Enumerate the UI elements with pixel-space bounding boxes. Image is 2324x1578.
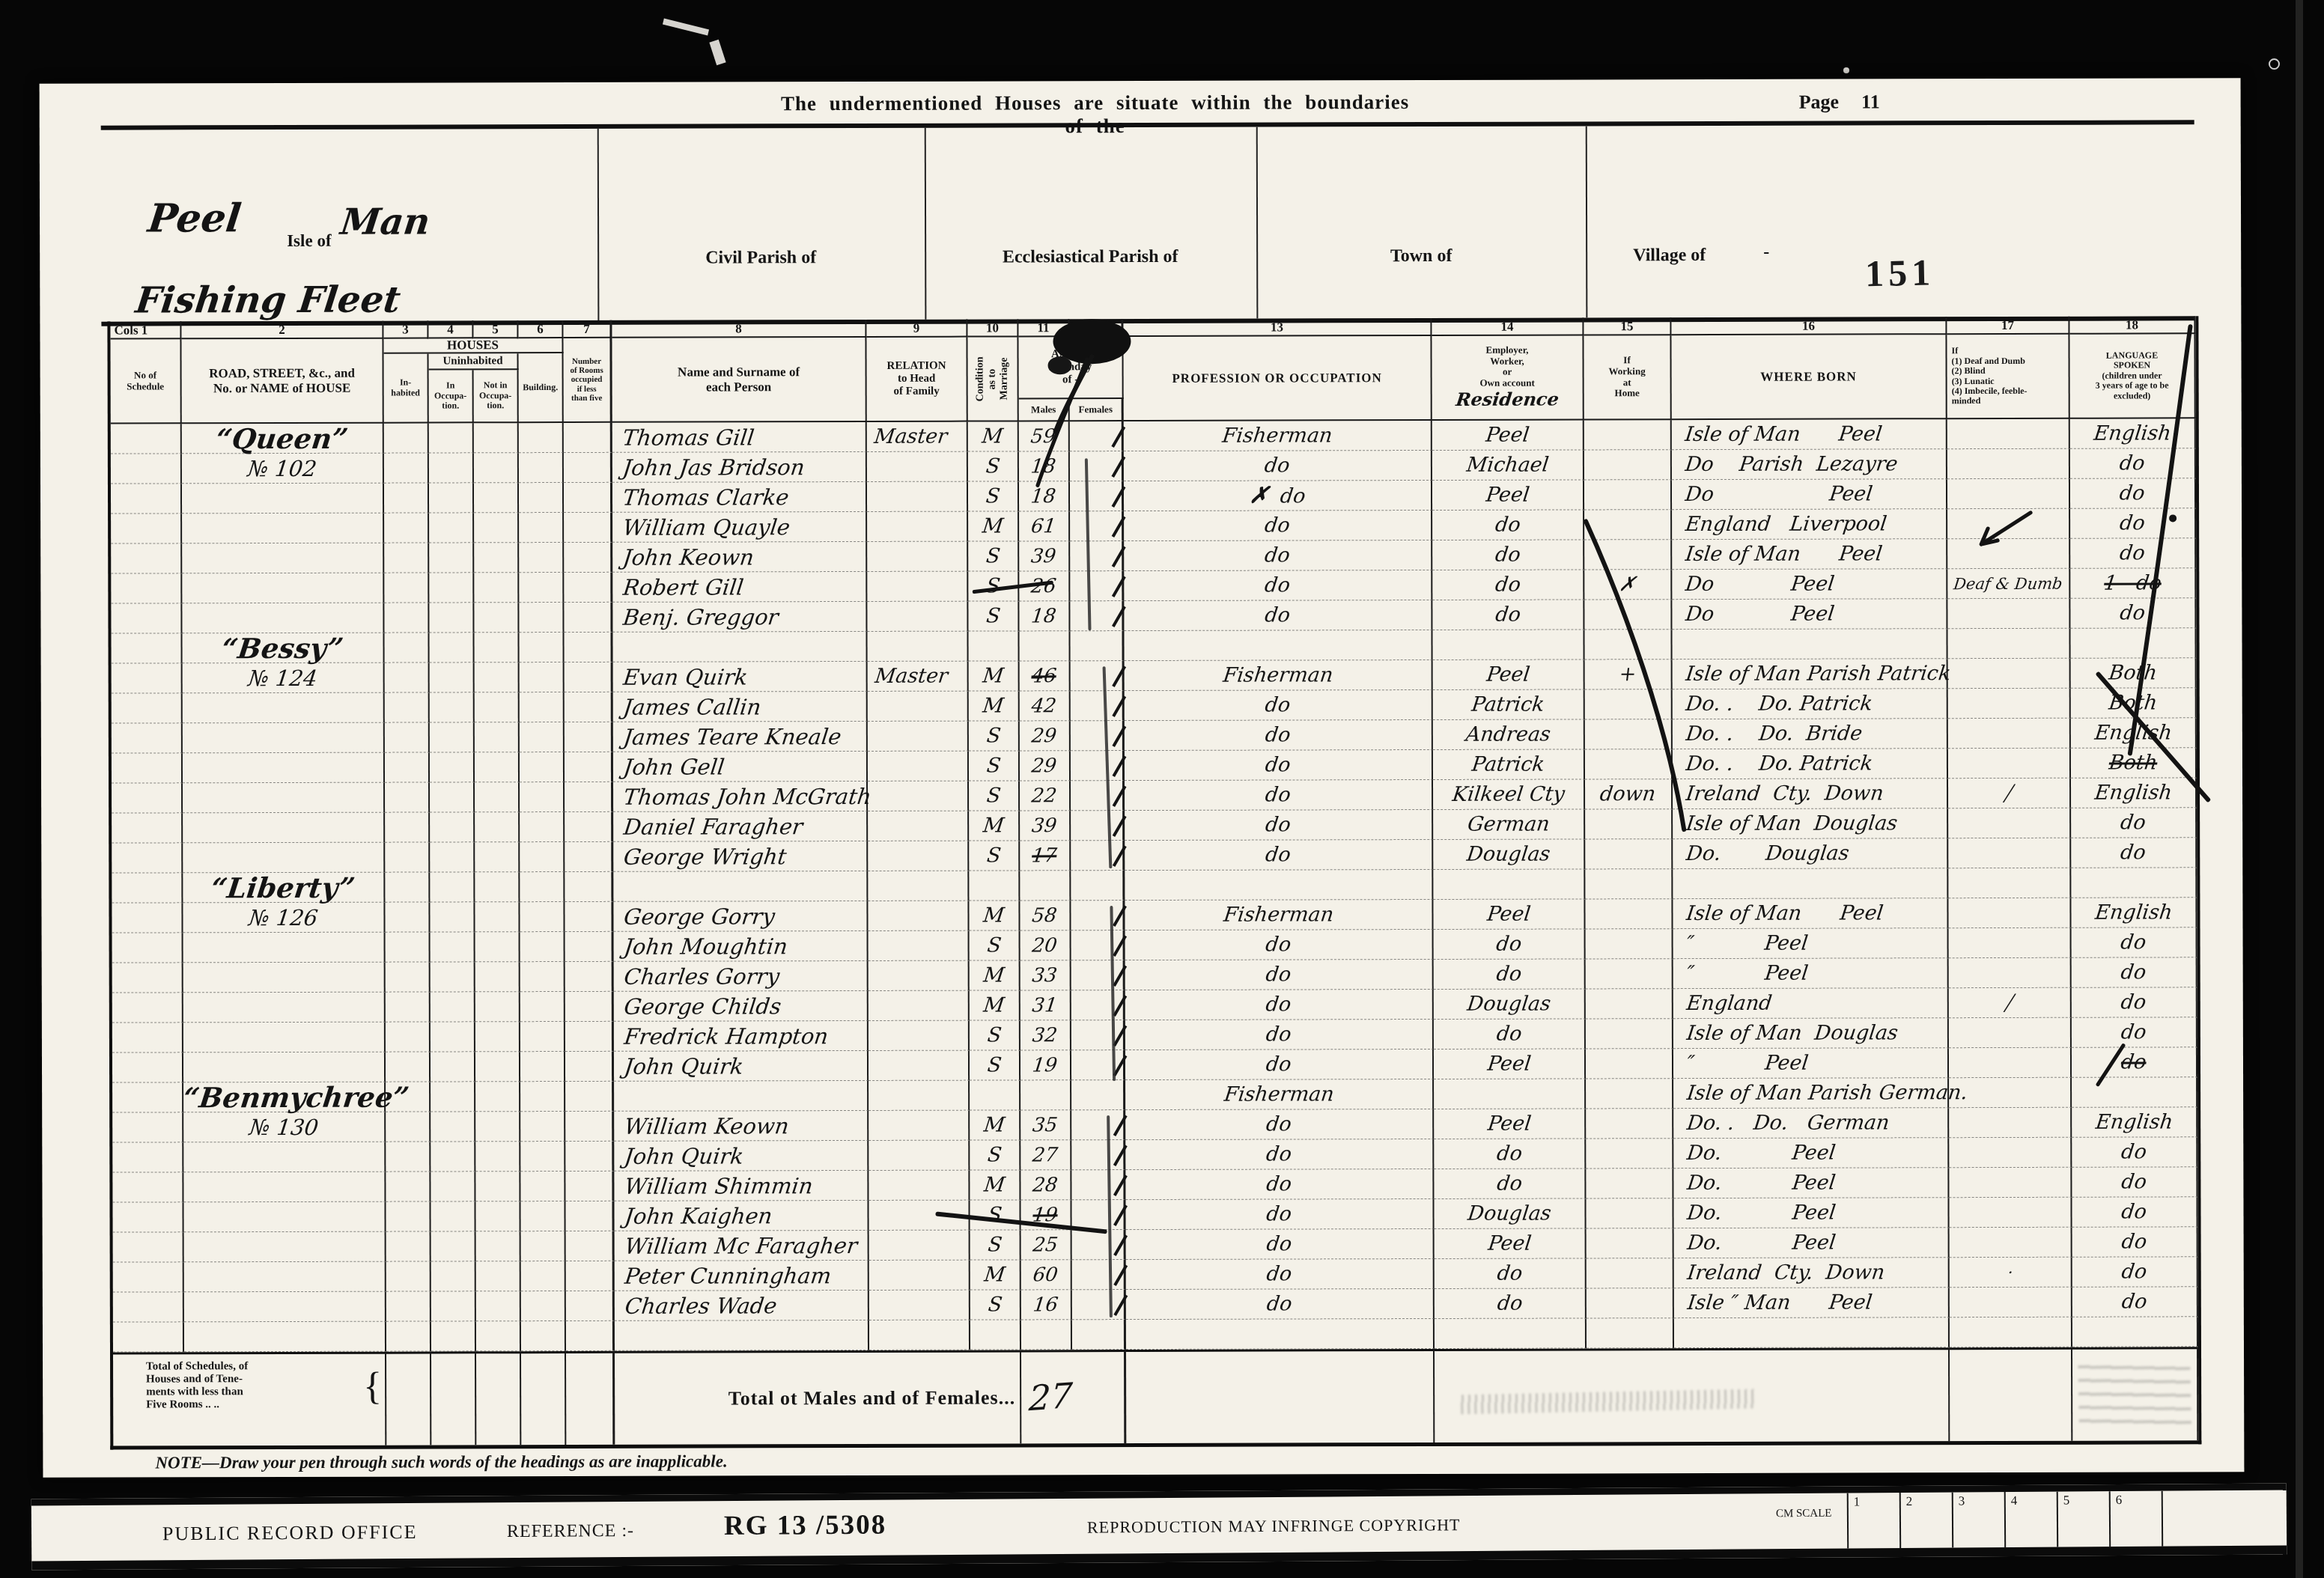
condition-value: M <box>981 511 1005 541</box>
table-cell <box>475 692 520 722</box>
table-cell <box>112 933 183 963</box>
occupation-value: do <box>1263 511 1292 540</box>
table-cell: Douglas <box>1434 1198 1586 1229</box>
table-cell: 29 <box>1020 751 1071 781</box>
age-value: 35 <box>1031 1110 1059 1140</box>
table-cell <box>475 662 520 692</box>
table-cell <box>519 633 564 662</box>
table-cell <box>475 842 520 872</box>
age-value: 32 <box>1031 1020 1059 1050</box>
where-born-value: Isle of Man Douglas <box>1685 808 1899 839</box>
occupation-value: do <box>1265 1050 1293 1079</box>
table-cell <box>1070 511 1124 541</box>
table-cell: Peel <box>1433 899 1585 930</box>
table-cell <box>1947 419 2070 449</box>
table-cell <box>112 963 183 993</box>
table-cell <box>1586 929 1673 959</box>
totals-band: Total of Schedules, of Houses and of Ten… <box>113 1347 2198 1446</box>
table-cell: do <box>2072 1257 2198 1287</box>
table-cell <box>868 752 969 782</box>
condition-value: M <box>982 811 1006 841</box>
table-cell: do <box>1125 1020 1434 1050</box>
table-cell <box>566 1261 615 1291</box>
table-cell <box>112 783 183 813</box>
table-cell <box>1949 928 2072 958</box>
condition-value: M <box>981 661 1005 691</box>
table-cell <box>385 752 430 782</box>
table-cell <box>1020 1080 1071 1110</box>
table-cell: do <box>2072 1287 2198 1317</box>
table-cell: ″ Peel <box>1673 958 1949 989</box>
table-cell: do <box>2070 448 2196 478</box>
col-number: 5 <box>473 320 518 338</box>
table-cell <box>475 902 520 932</box>
occupation-value: do <box>1264 720 1292 750</box>
table-cell: M <box>970 960 1020 990</box>
table-cell: S <box>970 930 1020 960</box>
table-cell: Do. Peel <box>1673 1198 1949 1228</box>
table-cell <box>2072 1317 2198 1347</box>
table-cell: 25 <box>1021 1230 1072 1260</box>
person-name: Benj. Greggor <box>621 602 780 633</box>
table-cell <box>1070 571 1124 601</box>
table-cell <box>614 1081 869 1112</box>
table-cell: № 124 <box>183 663 385 694</box>
table-cell <box>1585 839 1673 869</box>
table-cell <box>429 483 474 513</box>
table-cell: Charles Wade <box>615 1291 869 1321</box>
table-cell <box>183 1202 386 1233</box>
header-road: ROAD, STREET, &c., and No. or NAME of HO… <box>181 339 383 424</box>
employer-value: Kilkeel Cty <box>1450 780 1566 810</box>
condition-value: S <box>985 601 1002 631</box>
header-occupation: PROFESSION OR OCCUPATION <box>1123 336 1432 421</box>
table-cell: 26 <box>1019 571 1070 601</box>
table-cell <box>184 1262 386 1293</box>
table-cell <box>565 692 613 722</box>
condition-value: S <box>984 451 1001 481</box>
table-cell <box>1584 510 1672 540</box>
table-cell <box>431 1172 475 1201</box>
table-cell: English <box>2071 898 2197 927</box>
table-cell: do <box>1435 1258 1587 1289</box>
table-cell <box>475 1022 520 1052</box>
table-cell <box>519 603 564 633</box>
table-cell <box>1071 751 1125 781</box>
where-born-value: Isle of Man Parish Patrick <box>1684 659 1952 689</box>
table-cell <box>1672 629 1947 659</box>
table-cell <box>1433 869 1585 900</box>
table-cell <box>565 722 613 752</box>
table-cell: 39 <box>1019 541 1070 571</box>
where-born-value: Isle of Man Parish German. <box>1685 1078 1970 1109</box>
header-relation: RELATION to Head of Family <box>866 338 967 422</box>
table-cell <box>520 722 565 752</box>
condition-value: M <box>983 1260 1007 1290</box>
table-cell <box>182 603 384 634</box>
table-cell: William Shimmin <box>614 1171 869 1201</box>
totals-value: 27 <box>1019 1350 1074 1444</box>
table-cell: do <box>1434 1139 1586 1169</box>
table-cell: 60 <box>1021 1260 1072 1290</box>
employer-value: do <box>1494 540 1522 570</box>
where-born-value: Do Parish Lezayre <box>1684 449 1899 480</box>
table-cell <box>431 1291 476 1321</box>
table-cell: do <box>1432 570 1584 600</box>
table-cell <box>1950 1228 2072 1258</box>
col-number: 15 <box>1584 317 1671 335</box>
header-females: Females <box>1070 399 1124 421</box>
table-cell <box>869 1201 970 1231</box>
table-cell: 16 <box>1021 1290 1072 1320</box>
employer-value: Andreas <box>1464 720 1552 750</box>
age-value: 33 <box>1031 960 1059 990</box>
header-language: LANGUAGE SPOKEN (children under 3 years … <box>2069 334 2195 418</box>
house-label: № 124 <box>246 663 319 693</box>
language-value: do <box>2118 478 2147 508</box>
table-cell <box>384 483 429 513</box>
table-cell: ″ Peel <box>1673 928 1949 959</box>
table-cell: 58 <box>1020 901 1071 930</box>
table-cell <box>430 722 475 752</box>
table-cell: 46 <box>1020 661 1071 691</box>
col-number: Cols 1 <box>110 321 181 339</box>
table-cell <box>183 693 385 724</box>
table-cell: Both <box>2071 748 2197 778</box>
language-value: do <box>2118 598 2147 628</box>
table-cell <box>386 1112 431 1142</box>
table-cell <box>430 842 475 872</box>
table-cell <box>385 872 430 902</box>
occupation-value: do <box>1263 570 1292 600</box>
table-cell: John Kaighen <box>614 1201 869 1231</box>
table-cell <box>869 1111 970 1141</box>
person-name: John Kaighen <box>623 1201 774 1231</box>
employer-value: Peel <box>1484 421 1530 451</box>
table-cell <box>1948 749 2071 779</box>
person-name: William Keown <box>623 1111 791 1142</box>
table-cell <box>869 991 970 1021</box>
employer-value: do <box>1494 570 1522 600</box>
table-cell: do <box>1434 1169 1586 1199</box>
condition-value: S <box>984 481 1001 511</box>
occupation-value: do <box>1265 1169 1293 1199</box>
table-cell: M <box>970 1110 1020 1140</box>
age-value: 25 <box>1032 1230 1060 1260</box>
table-cell: ╱ <box>1948 779 2071 808</box>
infirmity-value: ╱ <box>2003 988 2016 1018</box>
table-cell <box>183 813 385 844</box>
table-cell: Peel <box>1434 1049 1586 1079</box>
table-cell <box>519 453 564 483</box>
table-cell <box>385 782 430 812</box>
table-cell: do <box>1126 1289 1435 1320</box>
table-cell <box>1071 841 1125 871</box>
occupation-value: do <box>1265 1139 1293 1169</box>
header-uninhabited: Uninhabited <box>429 353 519 370</box>
relation-value: Master <box>872 422 949 452</box>
town-label: Town of <box>1316 246 1526 267</box>
person-name: Peter Cunningham <box>623 1261 833 1291</box>
table-cell: 27 <box>1020 1140 1071 1170</box>
table-cell: do <box>2070 538 2196 568</box>
where-born-value: Do. . Do. Patrick <box>1685 749 1875 779</box>
table-cell: 28 <box>1020 1170 1071 1200</box>
table-cell: Thomas Gill <box>612 422 867 453</box>
table-cell <box>384 633 429 662</box>
table-cell <box>1587 1228 1674 1258</box>
header-rooms: Number of Rooms occupied if less than fi… <box>563 338 612 423</box>
table-cell <box>183 1052 386 1083</box>
table-cell: 61 <box>1019 511 1070 541</box>
table-cell <box>386 1231 431 1261</box>
occupation-value: do <box>1265 1109 1293 1139</box>
table-cell <box>868 722 969 752</box>
employer-value: Peel <box>1485 900 1532 930</box>
table-cell <box>431 1112 475 1142</box>
header-males: Males <box>1019 399 1070 421</box>
table-cell: do <box>2072 1047 2197 1077</box>
table-cell <box>520 872 565 902</box>
language-value: do <box>2120 1167 2148 1197</box>
isle-of-label: Isle of <box>287 231 331 251</box>
table-cell <box>1950 1288 2072 1317</box>
table-cell: S <box>969 751 1020 781</box>
table-cell <box>1071 871 1125 901</box>
col-number <box>1069 319 1123 337</box>
condition-value: S <box>985 751 1002 781</box>
cm-scale-segment <box>2162 1490 2189 1546</box>
table-cell: S <box>968 451 1019 481</box>
col-number: 4 <box>428 320 473 338</box>
table-cell <box>1071 1020 1125 1050</box>
where-born-value: Do. Douglas <box>1685 839 1851 870</box>
table-cell: do <box>1125 840 1433 871</box>
language-value: do <box>2119 808 2147 838</box>
person-name: Thomas Clarke <box>621 482 791 513</box>
table-cell <box>1584 420 1672 450</box>
col-number: 17 <box>1947 317 2069 335</box>
table-cell <box>565 812 613 842</box>
table-cell <box>184 1322 386 1353</box>
table-cell <box>1071 661 1125 691</box>
table-cell <box>111 633 182 663</box>
table-cell: Peel <box>1434 1109 1586 1139</box>
table-cell <box>1949 1198 2072 1228</box>
table-cell <box>1948 898 2071 928</box>
table-cell <box>1673 868 1948 899</box>
occupation-value: do <box>1264 840 1292 870</box>
table-cell: Douglas <box>1433 839 1585 870</box>
table-cell <box>1070 421 1124 451</box>
table-cell <box>520 1142 565 1172</box>
table-cell <box>429 603 474 633</box>
age-value: 27 <box>1031 1140 1059 1170</box>
table-cell <box>869 1231 970 1261</box>
table-cell: 59 <box>1019 421 1070 451</box>
table-cell <box>1124 630 1432 661</box>
table-cell <box>430 782 475 812</box>
person-name: Fredrick Hampton <box>622 1021 830 1052</box>
table-cell <box>184 1232 386 1263</box>
condition-value: M <box>982 901 1006 930</box>
table-cell <box>182 543 384 574</box>
table-cell: do <box>1432 600 1584 630</box>
table-cell: do <box>1434 929 1586 960</box>
totals-males-females-label: Total ot Males and of Females... <box>615 1350 1021 1444</box>
scan-speck <box>709 40 726 65</box>
occupation-value: Fisherman <box>1222 1079 1335 1109</box>
table-cell: do <box>2072 1227 2198 1257</box>
table-cell <box>869 931 970 961</box>
table-cell <box>1071 1110 1125 1140</box>
table-cell <box>431 1201 475 1231</box>
table-cell <box>612 632 867 662</box>
table-cell: Do Peel <box>1672 569 1947 600</box>
working-at-home-value: + <box>1617 659 1637 689</box>
header-age: Age last Birthday of - <box>1018 337 1123 399</box>
table-cell: Kilkeel Cty <box>1433 779 1585 810</box>
table-cell <box>519 573 564 603</box>
table-cell <box>113 1262 184 1292</box>
header-not-in-occupation: Not in Occupa- tion. <box>474 370 519 423</box>
table-cell: do <box>1125 810 1433 841</box>
table-cell <box>869 1171 970 1201</box>
illegible-stamp <box>1457 1389 1756 1414</box>
table-cell: do <box>1125 1199 1434 1230</box>
table-cell <box>520 692 565 722</box>
table-cell <box>868 841 969 871</box>
table-cell <box>429 513 474 543</box>
table-cell: Isle of Man Douglas <box>1673 808 1948 839</box>
employer-value: do <box>1495 1139 1524 1169</box>
table-cell <box>969 871 1020 901</box>
condition-value: S <box>985 571 1002 601</box>
table-cell <box>183 753 385 784</box>
table-cell: M <box>969 901 1020 930</box>
table-cell: John Jas Bridson <box>612 452 867 483</box>
header-condition-text: Condition as to Marriage <box>974 356 1010 401</box>
condition-value: S <box>985 841 1003 871</box>
table-cell <box>868 811 969 841</box>
table-cell <box>475 1172 520 1201</box>
table-cell <box>565 1052 614 1082</box>
table-cell <box>183 1142 386 1173</box>
table-cell <box>475 782 520 812</box>
table-cell <box>520 662 565 692</box>
table-cell <box>1071 960 1125 990</box>
header-where-born: WHERE BORN <box>1671 335 1947 420</box>
col-number: 13 <box>1123 318 1432 337</box>
table-cell: do <box>1125 1050 1434 1080</box>
table-cell: 29 <box>1020 721 1071 751</box>
occupation-value: do <box>1264 810 1292 840</box>
table-cell <box>475 992 520 1022</box>
table-cell: do <box>1434 1019 1586 1050</box>
table-cell: English <box>2071 718 2197 748</box>
table-cell: S <box>969 781 1020 811</box>
handwritten-isle: Man <box>338 201 433 243</box>
table-cell <box>520 962 565 992</box>
band-divider <box>597 129 600 320</box>
table-cell <box>1585 719 1673 749</box>
age-value: 29 <box>1030 751 1059 781</box>
table-cell: 17 <box>1020 841 1071 871</box>
totals-empty-cell <box>1126 1349 1435 1443</box>
table-cell: Fisherman <box>1124 421 1432 451</box>
table-cell <box>520 932 565 962</box>
table-cell <box>1948 808 2071 838</box>
table-cell <box>475 1082 520 1112</box>
table-cell: do <box>1124 570 1432 601</box>
table-cell: S <box>970 1140 1020 1170</box>
totals-empty-cell <box>431 1351 476 1445</box>
table-cell <box>475 1142 520 1172</box>
person-name: John Jas Bridson <box>621 452 807 483</box>
table-cell: 32 <box>1020 1020 1071 1050</box>
table-cell <box>431 1231 476 1261</box>
table-cell: + <box>1585 659 1673 689</box>
table-cell <box>1071 930 1125 960</box>
table-cell: Ireland Cty. Down <box>1673 779 1948 809</box>
table-cell <box>1071 990 1125 1020</box>
where-born-value: Isle of Man Peel <box>1683 419 1884 450</box>
table-cell: Do Peel <box>1672 599 1947 630</box>
table-cell <box>386 1142 431 1172</box>
infirmity-value: ╱ <box>2002 779 2015 808</box>
language-value: Both <box>2107 688 2159 718</box>
person-name: John Keown <box>621 542 755 572</box>
table-cell <box>1585 689 1673 719</box>
table-cell <box>182 514 384 544</box>
person-name: William Mc Faragher <box>623 1231 859 1261</box>
table-cell: 20 <box>1020 930 1071 960</box>
employer-value: do <box>1494 930 1523 960</box>
table-cell: Do. . Do. German <box>1673 1108 1949 1139</box>
table-cell <box>1586 1079 1673 1109</box>
table-cell <box>384 453 429 483</box>
table-cell <box>385 692 430 722</box>
table-cell <box>566 1231 615 1261</box>
table-cell <box>183 993 386 1023</box>
occupation-value: do <box>1265 960 1293 990</box>
table-cell: Daniel Faragher <box>613 811 868 842</box>
table-cell <box>474 633 519 662</box>
table-cell <box>112 1142 183 1172</box>
table-cell: do <box>2070 508 2196 538</box>
employer-value: do <box>1494 600 1522 630</box>
village-value: - <box>1763 243 1769 263</box>
table-cell <box>112 1023 183 1052</box>
age-value: 60 <box>1032 1260 1060 1290</box>
table-cell <box>519 543 564 573</box>
table-cell <box>968 631 1019 661</box>
relation-value: Master <box>873 662 949 692</box>
table-cell <box>431 962 475 992</box>
house-label: № 130 <box>248 1112 320 1142</box>
table-cell <box>565 842 613 872</box>
table-cell: ╱ <box>1949 988 2072 1018</box>
table-cell <box>112 1202 183 1232</box>
table-cell <box>474 423 519 453</box>
infirmity-value: Deaf & Dumb <box>1952 569 2064 599</box>
where-born-value: Isle of Man Douglas <box>1685 1018 1899 1049</box>
brace-glyph: { <box>363 1365 382 1409</box>
table-cell: do <box>2072 987 2197 1017</box>
table-cell <box>386 1022 431 1052</box>
table-cell <box>431 1321 476 1351</box>
cm-scale-label: CM SCALE <box>1776 1507 1832 1522</box>
